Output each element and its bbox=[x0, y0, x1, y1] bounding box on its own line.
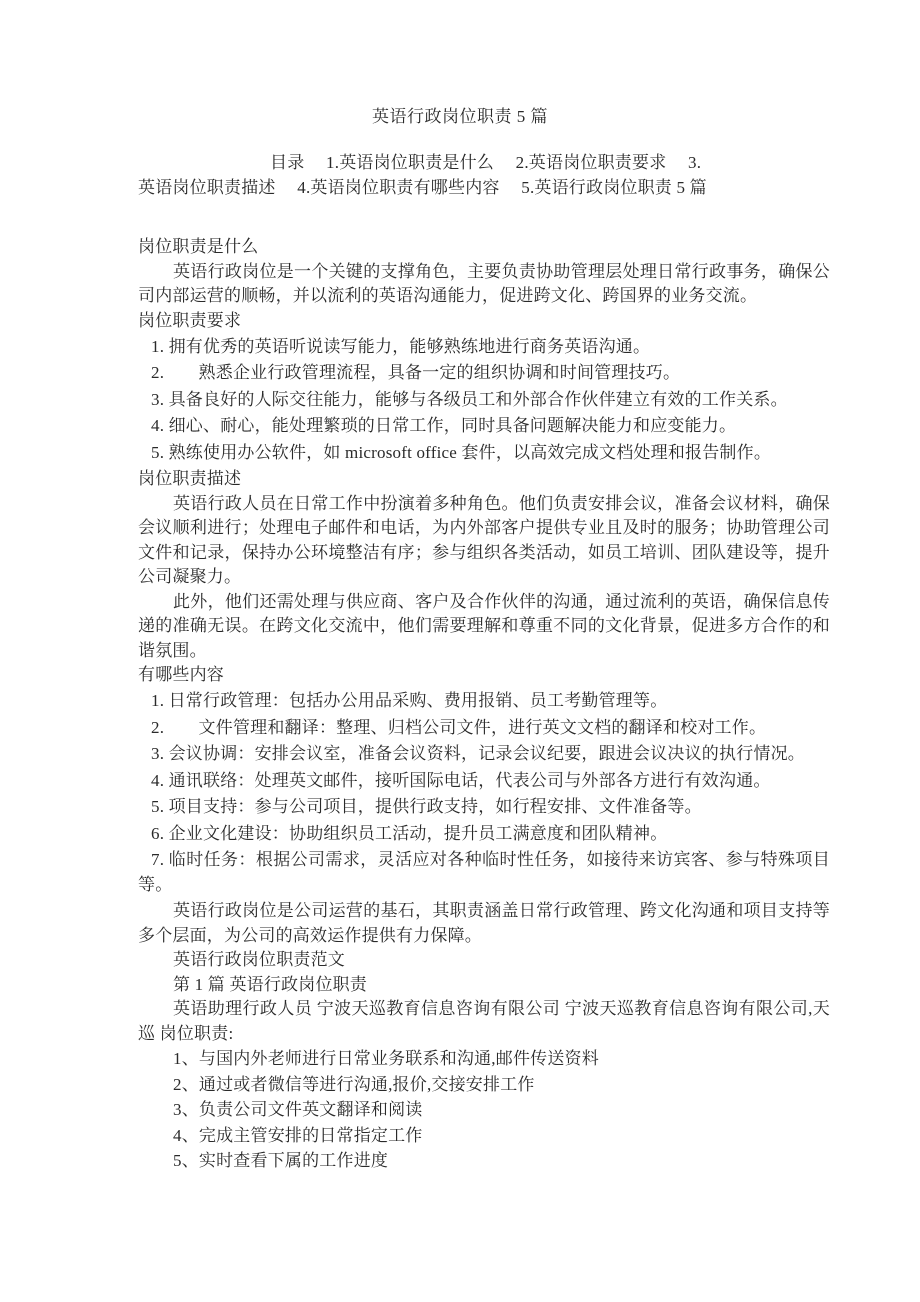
list-item: 3. 会议协调：安排会议室，准备会议资料，记录会议纪要，跟进会议决议的执行情况。 bbox=[90, 742, 830, 767]
document-title: 英语行政岗位职责 5 篇 bbox=[90, 104, 830, 129]
blank-line bbox=[90, 200, 830, 235]
document-content: 英语行政岗位职责 5 篇 目录 1.英语岗位职责是什么 2.英语岗位职责要求 3… bbox=[90, 104, 830, 1175]
list-item: 2. 熟悉企业行政管理流程，具备一定的组织协调和时间管理技巧。 bbox=[90, 361, 830, 386]
list-item: 1. 日常行政管理：包括办公用品采购、费用报销、员工考勤管理等。 bbox=[90, 689, 830, 714]
section-heading: 岗位职责是什么 bbox=[90, 235, 830, 260]
document-body: 目录 1.英语岗位职责是什么 2.英语岗位职责要求 3.英语岗位职责描述 4.英… bbox=[90, 150, 830, 1174]
sub-list-item: 3、负责公司文件英文翻译和阅读 bbox=[90, 1098, 830, 1123]
list-item: 7. 临时任务：根据公司需求，灵活应对各种临时性任务，如接待来访宾客、参与特殊项… bbox=[90, 848, 830, 897]
paragraph: 英语助理行政人员 宁波天巡教育信息咨询有限公司 宁波天巡教育信息咨询有限公司,天… bbox=[90, 997, 830, 1046]
sub-list-item: 5、实时查看下属的工作进度 bbox=[90, 1149, 830, 1174]
section-heading: 有哪些内容 bbox=[90, 663, 830, 688]
list-item: 5. 项目支持：参与公司项目，提供行政支持，如行程安排、文件准备等。 bbox=[90, 795, 830, 820]
list-item: 6. 企业文化建设：协助组织员工活动，提升员工满意度和团队精神。 bbox=[90, 822, 830, 847]
paragraph: 英语行政岗位是公司运营的基石，其职责涵盖日常行政管理、跨文化沟通和项目支持等多个… bbox=[90, 899, 830, 948]
paragraph: 英语行政岗位职责范文 bbox=[90, 948, 830, 973]
section-heading: 岗位职责要求 bbox=[90, 309, 830, 334]
list-item: 4. 通讯联络：处理英文邮件，接听国际电话，代表公司与外部各方进行有效沟通。 bbox=[90, 769, 830, 794]
list-item: 1. 拥有优秀的英语听说读写能力，能够熟练地进行商务英语沟通。 bbox=[90, 335, 830, 360]
list-item: 3. 具备良好的人际交往能力，能够与各级员工和外部合作伙伴建立有效的工作关系。 bbox=[90, 388, 830, 413]
paragraph: 此外，他们还需处理与供应商、客户及合作伙伴的沟通，通过流利的英语，确保信息传递的… bbox=[90, 590, 830, 664]
paragraph: 英语行政岗位是一个关键的支撑角色，主要负责协助管理层处理日常行政事务，确保公司内… bbox=[90, 260, 830, 309]
list-item: 4. 细心、耐心，能处理繁琐的日常工作，同时具备问题解决能力和应变能力。 bbox=[90, 414, 830, 439]
list-item: 2. 文件管理和翻译：整理、归档公司文件，进行英文文档的翻译和校对工作。 bbox=[90, 716, 830, 741]
section-heading: 岗位职责描述 bbox=[90, 467, 830, 492]
paragraph: 英语行政人员在日常工作中扮演着多种角色。他们负责安排会议，准备会议材料，确保会议… bbox=[90, 492, 830, 590]
toc-line: 目录 1.英语岗位职责是什么 2.英语岗位职责要求 3. bbox=[90, 150, 830, 175]
sub-list-item: 1、与国内外老师进行日常业务联系和沟通,邮件传送资料 bbox=[90, 1047, 830, 1072]
paragraph: 第 1 篇 英语行政岗位职责 bbox=[90, 973, 830, 998]
sub-list-item: 2、通过或者微信等进行沟通,报价,交接安排工作 bbox=[90, 1073, 830, 1098]
toc-line: 英语岗位职责描述 4.英语岗位职责有哪些内容 5.英语行政岗位职责 5 篇 bbox=[90, 175, 830, 200]
sub-list-item: 4、完成主管安排的日常指定工作 bbox=[90, 1124, 830, 1149]
document-page: 英语行政岗位职责 5 篇 目录 1.英语岗位职责是什么 2.英语岗位职责要求 3… bbox=[0, 0, 920, 1302]
list-item: 5. 熟练使用办公软件，如 microsoft office 套件，以高效完成文… bbox=[90, 441, 830, 466]
